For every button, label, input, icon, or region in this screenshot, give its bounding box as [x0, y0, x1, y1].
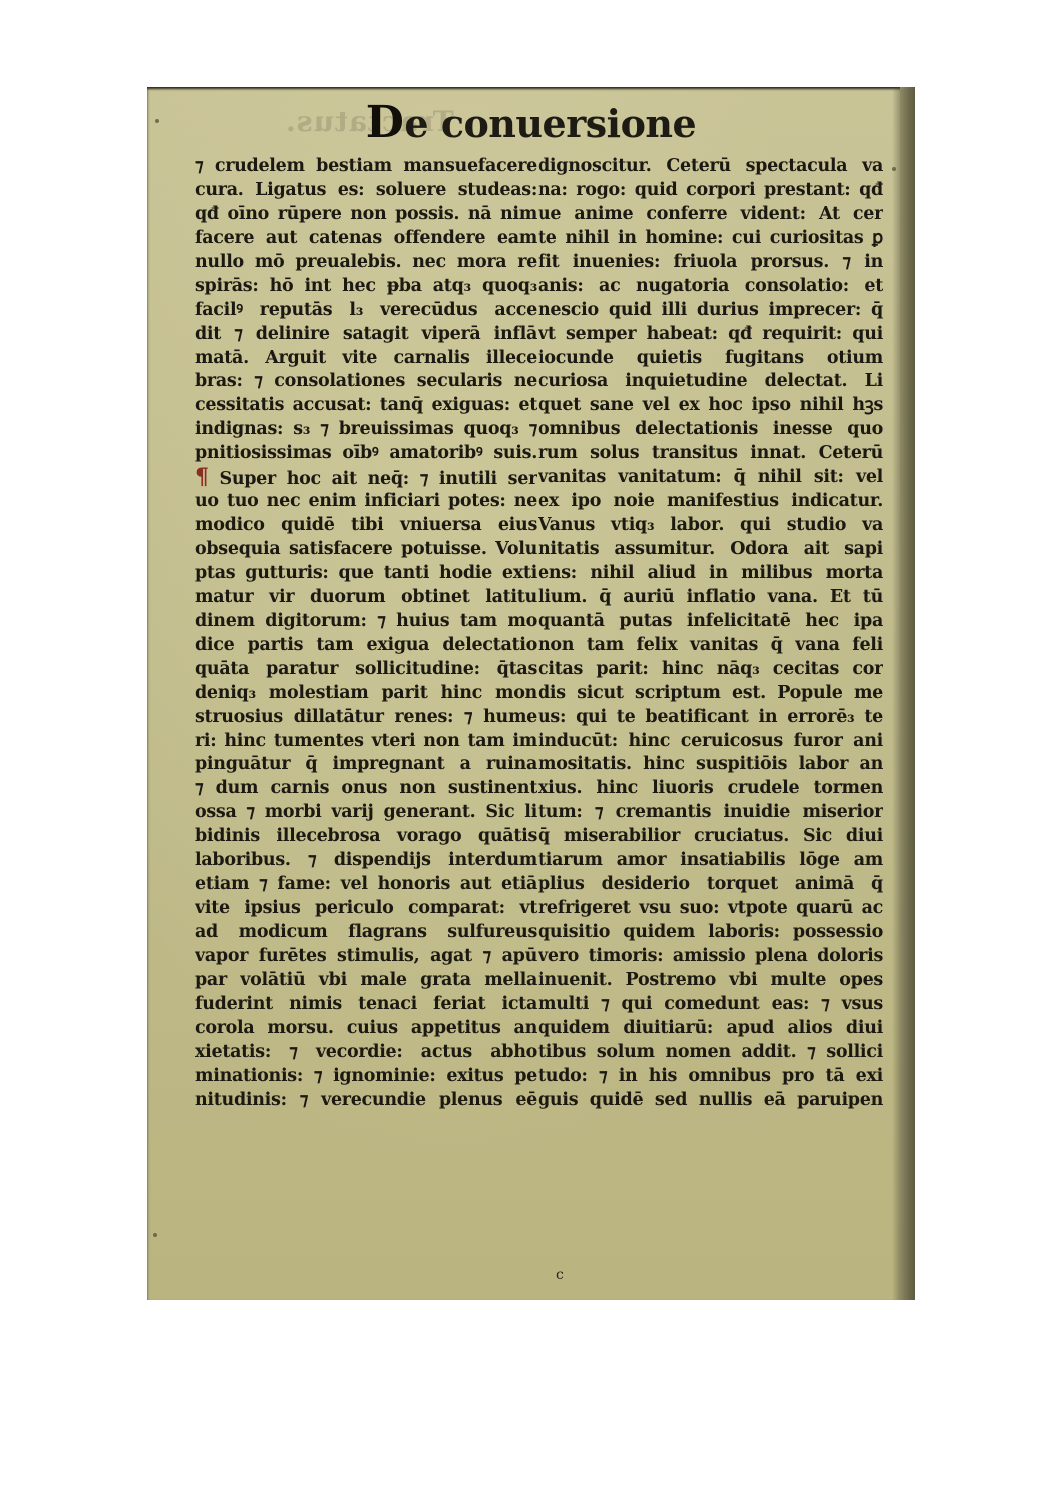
text-line: nitatis assumitur. Odora ait sapi — [538, 538, 883, 562]
text-line: ri: hinc tumentes vteri non tam im — [195, 730, 537, 754]
text-line: dis sicut scriptum est. Popule me — [538, 682, 883, 706]
text-line: indignas: s₃ ⁊ breuissimas quoq₃ ⁊ — [195, 418, 537, 442]
text-line: pnitiosissimas oībꝰ amatoribꝰ suis. — [195, 442, 537, 466]
text-line: ue anime conferre vident: At cer — [538, 203, 883, 227]
text-line: corola morsu. cuius appetitus an — [195, 1017, 537, 1041]
text-line: inuenit. Postremo vbi multe opes — [538, 969, 883, 993]
text-line: bras: ⁊ consolationes secularis ne — [195, 370, 537, 394]
text-line: dinem digitorum: ⁊ huius tam mo — [195, 610, 537, 634]
text-line: dignoscitur. Ceterū spectacula va — [538, 155, 883, 179]
text-line: nullo mō preualebis. nec mora re — [195, 251, 537, 275]
text-line: dice partis tam exigua delectatio — [195, 634, 537, 658]
signature-mark: c — [556, 1267, 564, 1283]
text-line: multi ⁊ qui comedunt eas: ⁊ vsus — [538, 993, 883, 1017]
text-line: mositatis. hinc suspitiōis labor an — [538, 753, 883, 777]
text-line: plius desiderio torquet animā q̄ — [538, 873, 883, 897]
text-line: xietatis: ⁊ vecordie: actus abho — [195, 1041, 537, 1065]
text-line: quet sane vel ex hoc ipso nihil hꝫs — [538, 394, 883, 418]
text-line: ⁊ dum carnis onus non sustinent — [195, 777, 537, 801]
text-line: tum: ⁊ cremantis inuidie miserior — [538, 801, 883, 825]
text-line: non tam felix vanitas q̄ vana feli — [538, 634, 883, 658]
text-line: ptas gutturis: que tanti hodie exti — [195, 562, 537, 586]
text-line: omnibus delectationis inesse quo — [538, 418, 883, 442]
paper-spot — [155, 119, 159, 123]
text-line: vapor furētes stimulis, agat ⁊ apū — [195, 945, 537, 969]
text-line: ossa ⁊ morbi varij generant. Sic li — [195, 801, 537, 825]
text-line: Vanus vtiq₃ labor. qui studio va — [538, 514, 883, 538]
text-line: cura. Ligatus es: soluere studeas: — [195, 179, 537, 203]
running-head-initial: D — [366, 97, 404, 148]
binding-edge — [900, 87, 915, 1300]
text-line: quāta paratur sollicitudine: q̄tas — [195, 658, 537, 682]
text-line: q̄ miserabilior cruciatus. Sic diui — [538, 825, 883, 849]
text-line: xius. hinc liuoris crudele tormen — [538, 777, 883, 801]
text-line: par volātiū vbi male grata mella — [195, 969, 537, 993]
text-line: Super hoc ait neq̄: ⁊ inutili ser — [219, 469, 537, 489]
text-line: spirās: hō int hec ᵽba atq₃ quoq₃ — [195, 275, 537, 299]
text-line: dit ⁊ delinire satagit viperā inflā — [195, 323, 537, 347]
text-line: laboribus. ⁊ dispendijs interdum — [195, 849, 537, 873]
text-line: matā. Arguit vite carnalis illece — [195, 347, 537, 371]
text-line: nescio quid illi durius imprecer: q̄ — [538, 299, 883, 323]
text-line: uo tuo nec enim inficiari potes: ne — [195, 490, 537, 514]
text-line: rum solus transitus innat. Ceterū — [538, 442, 883, 466]
text-line: facere aut catenas offendere eam — [195, 227, 537, 251]
text-line: vite ipsius periculo comparat: vt — [195, 897, 537, 921]
text-line: vanitas vanitatum: q̄ nihil sit: vel — [538, 466, 883, 490]
text-line: quantā putas infelicitatē hec ipa — [538, 610, 883, 634]
text-column-right: dignoscitur. Ceterū spectacula va na: ro… — [538, 155, 883, 1113]
text-line: vero timoris: amissio plena doloris — [538, 945, 883, 969]
text-line: modico quidē tibi vniuersa eius — [195, 514, 537, 538]
text-line: curiosa inquietudine delectat. Li — [538, 370, 883, 394]
text-line: matur vir duorum obtinet latitu — [195, 586, 537, 610]
text-line-rubricated: ¶ Super hoc ait neq̄: ⁊ inutili ser — [195, 466, 537, 490]
text-line: tibus solum nomen addit. ⁊ sollici — [538, 1041, 883, 1065]
text-line: qđ oīno rūpere non possis. nā nim — [195, 203, 537, 227]
paper-spot — [892, 167, 896, 171]
running-head-text: e conuersione — [404, 101, 696, 146]
text-line: ens: nihil aliud in milibus morta — [538, 562, 883, 586]
text-line: fit inuenies: friuola prorsus. ⁊ in — [538, 251, 883, 275]
text-line: ad modicum flagrans sulfureus — [195, 921, 537, 945]
text-line: citas parit: hinc nāq₃ cecitas cor — [538, 658, 883, 682]
text-line: facilꝰ reputās l₃ verecūdus acce — [195, 299, 537, 323]
text-line: quidem diuitiarū: apud alios diui — [538, 1017, 883, 1041]
text-line: struosius dillatātur renes: ⁊ hume — [195, 706, 537, 730]
text-line: cessitatis accusat: tanq̄ exiguas: et — [195, 394, 537, 418]
gutter-shadow — [892, 87, 900, 1300]
text-line: fuderint nimis tenaci feriat icta — [195, 993, 537, 1017]
text-line: te nihil in homine: cui curiositas ꝑ — [538, 227, 883, 251]
text-line: lium. q̄ auriū inflatio vana. Et tū — [538, 586, 883, 610]
text-line: tiarum amor insatiabilis lōge am — [538, 849, 883, 873]
text-line: nitudinis: ⁊ verecundie plenus eē — [195, 1089, 537, 1113]
text-line: inducūt: hinc ceruicosus furor ani — [538, 730, 883, 754]
paragraph-mark-icon: ¶ — [195, 466, 209, 490]
running-head: De conuersione — [147, 97, 915, 148]
text-line: etiam ⁊ fame: vel honoris aut etiā — [195, 873, 537, 897]
text-line: minationis: ⁊ ignominie: exitus pe — [195, 1065, 537, 1089]
book-page: Tractatus. De conuersione ⁊ crudelem bes… — [147, 87, 915, 1300]
text-line: deniq₃ molestiam parit hinc mon — [195, 682, 537, 706]
text-column-left: ⁊ crudelem bestiam mansuefacere cura. Li… — [195, 155, 537, 1113]
text-line: refrigeret vsu suo: vtpote quarū ac — [538, 897, 883, 921]
text-line: na: rogo: quid corpori prestant: qđ — [538, 179, 883, 203]
text-line: us: qui te beatificant in errorē₃ te — [538, 706, 883, 730]
text-line: pinguātur q̄ impregnant a ruina — [195, 753, 537, 777]
text-line: bidinis illecebrosa vorago quātis — [195, 825, 537, 849]
text-line: obsequia satisfacere potuisse. Volu — [195, 538, 537, 562]
text-line: ⁊ crudelem bestiam mansuefacere — [195, 155, 537, 179]
text-line: iocunde quietis fugitans otium — [538, 347, 883, 371]
text-line: tudo: ⁊ in his omnibus pro tā exi — [538, 1065, 883, 1089]
text-line: guis quidē sed nullis eā paruipen — [538, 1089, 883, 1113]
text-line: ex ipo noie manifestius indicatur. — [538, 490, 883, 514]
text-line: vt semper habeat: qđ requirit: qui — [538, 323, 883, 347]
text-line: anis: ac nugatoria consolatio: et — [538, 275, 883, 299]
paper-spot — [153, 1233, 157, 1237]
text-line: quisitio quidem laboris: possessio — [538, 921, 883, 945]
